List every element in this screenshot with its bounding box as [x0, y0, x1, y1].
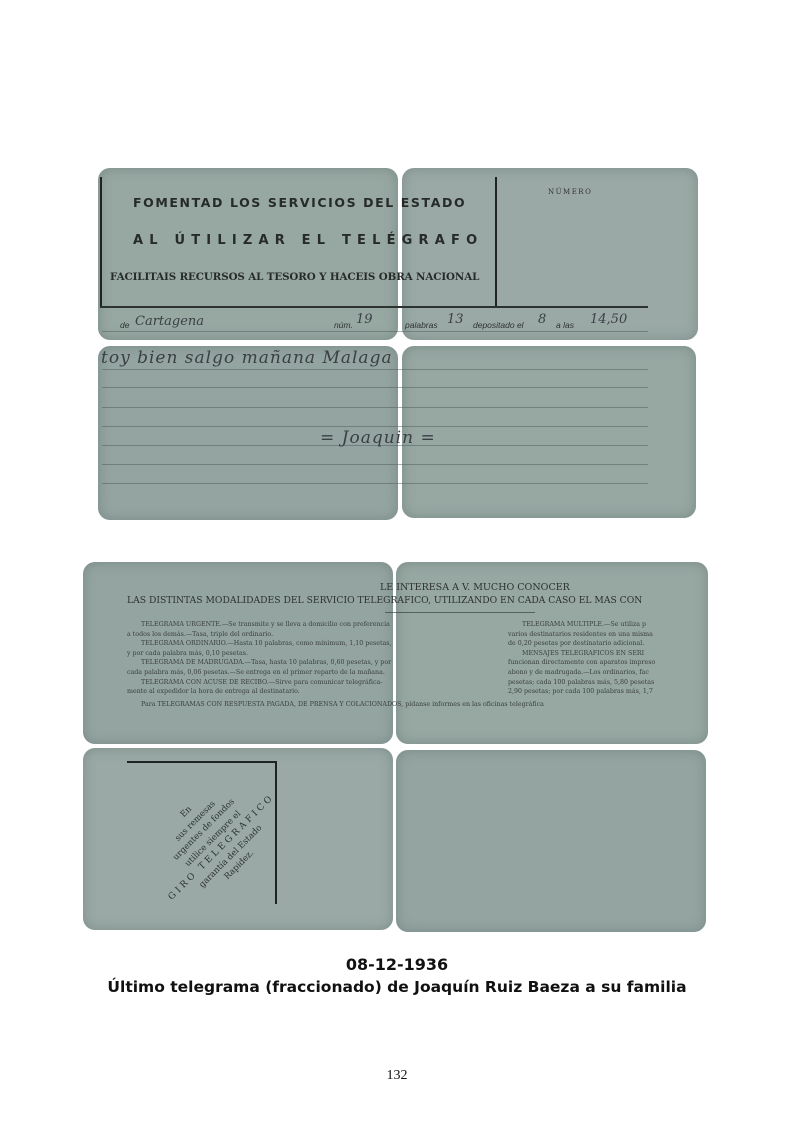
de-value: Cartagena: [135, 314, 204, 329]
message-line: [102, 464, 648, 465]
message-line: [102, 426, 648, 427]
palabras-label: palabras: [405, 320, 438, 330]
back-heading-line-1: LE INTERESA A V. MUCHO CONOCER: [380, 582, 570, 593]
num-value: 19: [356, 312, 373, 327]
message-line: [102, 387, 648, 388]
caption-date: 08-12-1936: [0, 955, 794, 974]
telegram-front-fragment-bottom-right: [402, 346, 696, 518]
message-line: [102, 407, 648, 408]
frame-bottom-line: [100, 306, 648, 308]
page-number: 132: [0, 1068, 794, 1084]
handwritten-signature: = Joaquin =: [320, 428, 436, 448]
frame-left-line: [100, 177, 102, 307]
back-heading-line-2: LAS DISTINTAS MODALIDADES DEL SERVICIO T…: [127, 595, 642, 606]
back-left-column: TELEGRAMA URGENTE.—Se transmite y se lle…: [127, 620, 391, 697]
numero-label: NÚMERO: [548, 188, 592, 196]
slogan-line-1: FOMENTAD LOS SERVICIOS DEL ESTADO: [133, 195, 466, 210]
hora-label: a las: [556, 320, 574, 330]
back-heading-rule: [385, 612, 535, 613]
back-footer-line: Para TELEGRAMAS CON RESPUESTA PAGADA, DE…: [141, 700, 708, 710]
de-label: de: [120, 320, 129, 330]
frame-divider-line: [495, 177, 497, 307]
depositado-value: 8: [538, 312, 546, 327]
depositado-label: depositado el: [473, 320, 524, 330]
num-label: núm.: [334, 320, 353, 330]
message-line: [102, 483, 648, 484]
field-underline: [102, 331, 648, 332]
slogan-line-2: AL ÚTILIZAR EL TELÉGRAFO: [133, 233, 483, 248]
telegram-back-fragment-bottom-right: [396, 750, 706, 932]
hora-value: 14,50: [590, 312, 627, 327]
palabras-value: 13: [447, 312, 464, 327]
message-line: [102, 369, 648, 370]
caption-text: Último telegrama (fraccionado) de Joaquí…: [0, 978, 794, 996]
handwritten-message: toy bien salgo mañana Malaga: [101, 348, 393, 368]
back-right-column: TELEGRAMA MULTIPLE.—Se utiliza p varios …: [508, 620, 708, 697]
slogan-line-3: FACILITAIS RECURSOS AL TESORO Y HACEIS O…: [110, 271, 479, 283]
